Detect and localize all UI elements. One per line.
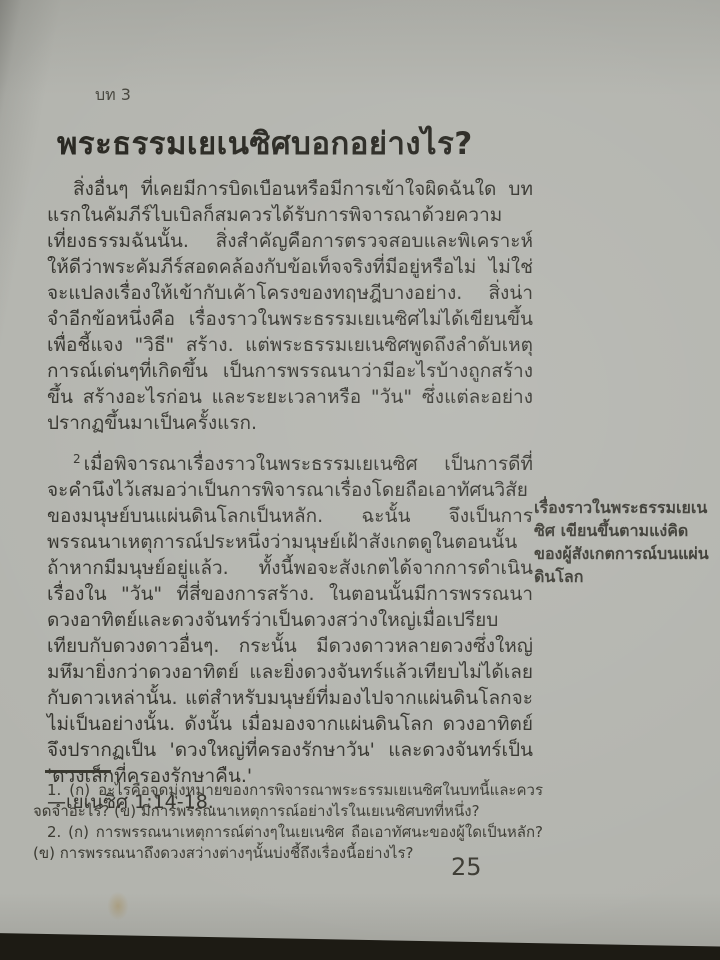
chapter-label: บท 3 (95, 83, 131, 108)
body-text-column: สิ่งอื่นๆ ที่เคยมีการบิดเบือนหรือมีการเข… (47, 176, 533, 815)
body-paragraph-1: สิ่งอื่นๆ ที่เคยมีการบิดเบือนหรือมีการเข… (47, 176, 533, 436)
footnote-1: 1. (ก) อะไรคือจุดมุ่งหมายของการพิจารณาพร… (33, 780, 543, 822)
paper-stain (103, 886, 133, 926)
footnote-divider-rule (45, 770, 111, 773)
book-page-photo: บท 3 พระธรรมเยเนซิศบอกอย่างไร? สิ่งอื่นๆ… (0, 0, 720, 960)
body-paragraph-2: 2เมื่อพิจารณาเรื่องราวในพระธรรมเยเนซิศ เ… (47, 451, 533, 815)
footnotes: 1. (ก) อะไรคือจุดมุ่งหมายของการพิจารณาพร… (33, 780, 543, 864)
page-number: 25 (451, 853, 482, 881)
paragraph-number: 2 (73, 452, 84, 466)
margin-note: เรื่องราวในพระธรรมเยเนซิศ เขียนขึ้นตามแง… (534, 496, 716, 588)
page-title: พระธรรมเยเนซิศบอกอย่างไร? (57, 118, 617, 168)
body-paragraph-2-text: เมื่อพิจารณาเรื่องราวในพระธรรมเยเนซิศ เป… (47, 453, 533, 787)
